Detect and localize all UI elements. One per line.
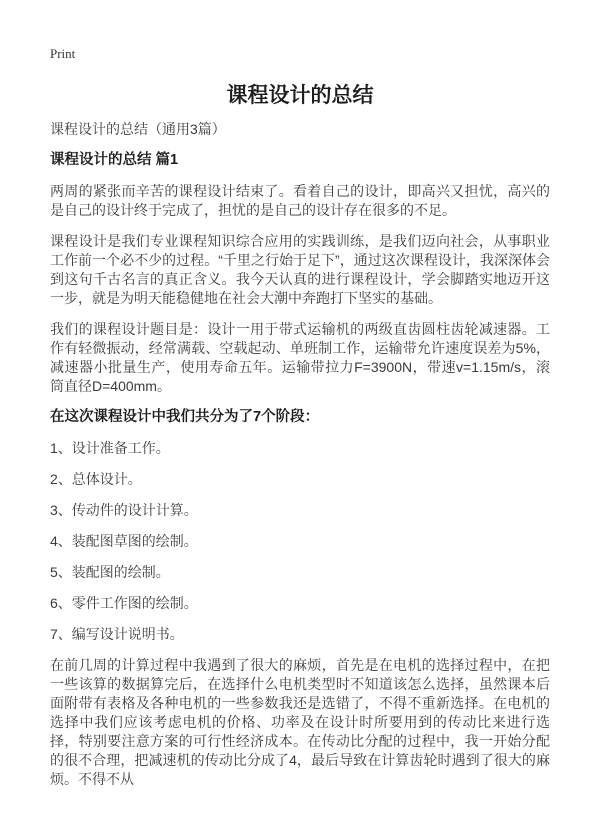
stage-list-item-2: 2、总体设计。 (50, 470, 550, 489)
body-paragraph-3: 我们的课程设计题目是：设计一用于带式运输机的两级直齿圆柱齿轮减速器。工作有轻微振… (50, 320, 550, 396)
stage-list-item-6: 6、零件工作图的绘制。 (50, 594, 550, 613)
doc-subtitle: 课程设计的总结（通用3篇） (50, 120, 550, 139)
body-paragraph-1: 两周的紧张而辛苦的课程设计结束了。看着自己的设计，即高兴又担忧，高兴的是自己的设… (50, 182, 550, 220)
stages-heading: 在这次课程设计中我们共分为了7个阶段： (50, 408, 550, 427)
closing-paragraph: 在前几周的计算过程中我遇到了很大的麻烦，首先是在电机的选择过程中，在把一些该算的… (50, 656, 550, 789)
stage-list-item-5: 5、装配图的绘制。 (50, 563, 550, 582)
section-heading-part1: 课程设计的总结 篇1 (50, 151, 550, 170)
stage-list-item-4: 4、装配图草图的绘制。 (50, 532, 550, 551)
stage-list-item-3: 3、传动件的设计计算。 (50, 501, 550, 520)
stage-list-item-7: 7、编写设计说明书。 (50, 625, 550, 644)
document-page: Print 课程设计的总结 课程设计的总结（通用3篇） 课程设计的总结 篇1 两… (0, 0, 600, 828)
page-title: 课程设计的总结 (50, 84, 550, 108)
body-paragraph-2: 课程设计是我们专业课程知识综合应用的实践训练，是我们迈向社会，从事职业工作前一个… (50, 232, 550, 308)
stage-list-item-1: 1、设计准备工作。 (50, 439, 550, 458)
print-link[interactable]: Print (50, 45, 75, 62)
